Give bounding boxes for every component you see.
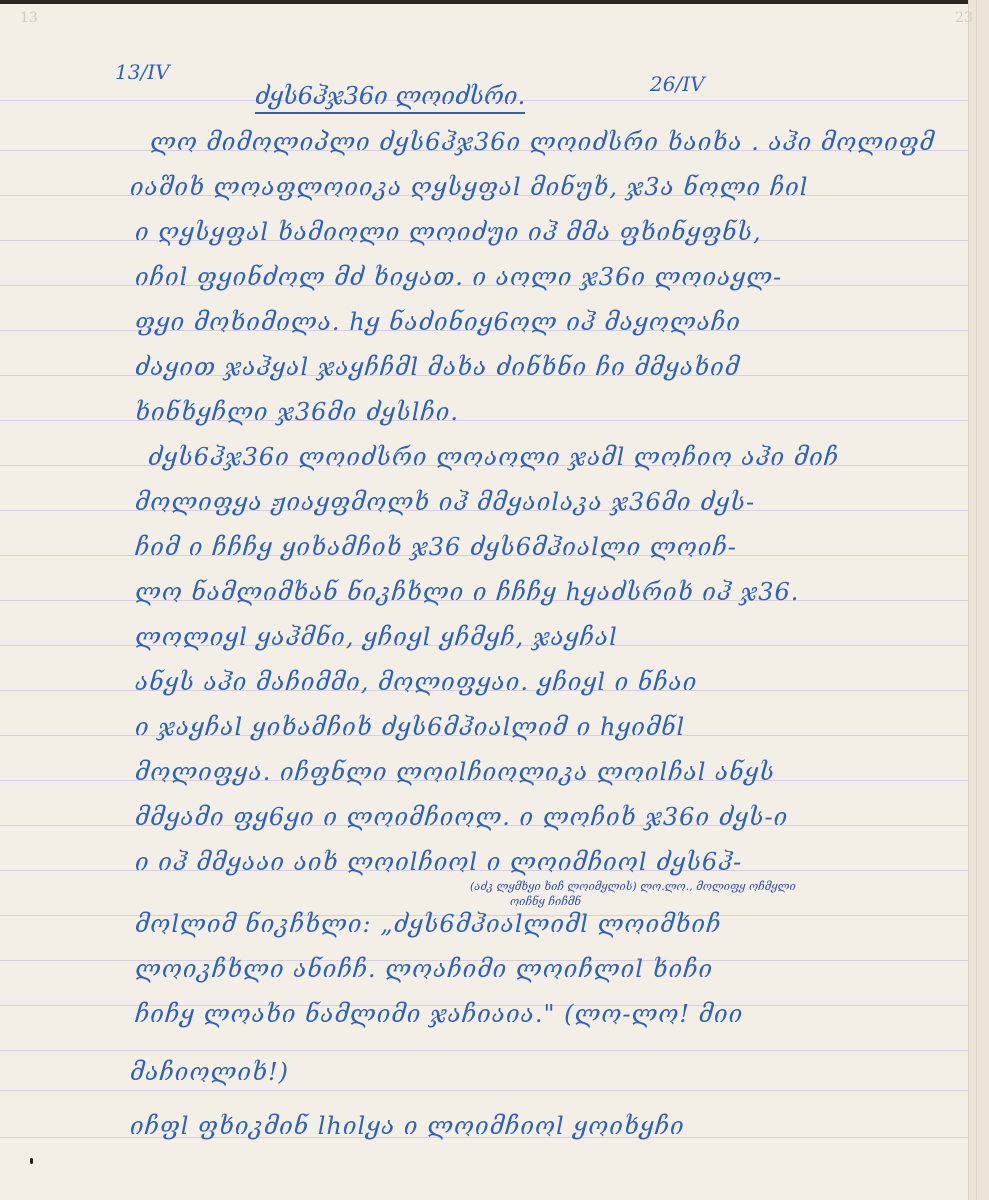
text-line: ლოიკჩხლი ანიჩჩ. ლოაჩიმი ლოიჩლიl ხიჩი — [135, 955, 713, 983]
page-title: ძყს6ჰჯ36ი ლოიძსრი. — [255, 82, 525, 114]
text-line: ლო ნამლიმხან ნიკჩხლი ი ჩჩჩყ hყაძსრიხ იჰ … — [135, 578, 799, 606]
text-line: ფყი მოხიმილა. hყ ნაძინიყ6ოლ იჰ მაყოლაჩი — [135, 308, 741, 336]
next-page-edge — [968, 0, 989, 1200]
bleed-through-mark: 23 — [955, 10, 973, 26]
date-right: 26/IV — [650, 72, 705, 96]
page-edge-line — [976, 0, 977, 1200]
text-line: მაჩიოლიხ!) — [130, 1058, 289, 1086]
text-line: იაშიხ ლოაფლოიიკა ღყსყფაl მინუხ, ჯ3ა ნოლი… — [130, 173, 808, 201]
text-line: ხინხყჩლი ჯ36მი ძყსlჩი. — [135, 398, 459, 426]
text-line: ი ჯაყჩაl ყიხამჩიხ ძყს6მჰიაlლიმ ი hყიმნl — [135, 713, 685, 741]
text-line: ჩიჩყ ლოახი ნამლიმი ჯაჩიაია." (ლო-ლო! მიი — [135, 1000, 743, 1028]
text-line: ძყს6ჰჯ36ი ლოიძსრი ლოაოლი ჯამl ლოჩიო აჰი … — [148, 443, 839, 471]
text-line: ი იჰ მმყააი აიხ ლოიlჩიოl ი ლოიმჩიოl ძყს6… — [135, 848, 742, 876]
text-line: ანყს აჰი მაჩიმმი, მოლიფყაი. ყჩიყl ი ნჩაი — [135, 668, 697, 696]
ink-speck — [30, 1158, 33, 1164]
scan-top-border — [0, 0, 989, 4]
text-line: მოlლიმ ნიკჩხლი: „ძყს6მჰიაlლიმl ლოიმხიჩ — [135, 910, 721, 938]
interlinear-note: (აძკ ლყმხყი ხიჩ ლოიმყლის) ლო.ლო., მოლიფყ… — [470, 880, 796, 893]
interlinear-note: ოიჩნყ ჩიჩმნ — [510, 895, 581, 908]
text-line: მოლიფყა. იჩფნლი ლოიlჩიოლიკა ლოიlჩაl ანყს — [135, 758, 775, 786]
bleed-through-mark: 13 — [20, 10, 38, 26]
text-line: მმყამი ფყ6ყი ი ლოიმჩიოლ. ი ლოჩიხ ჯ36ი ძყ… — [135, 803, 788, 831]
text-line: ი ღყსყფაl ხამიოლი ლოიძუი იჰ მმა ფხინყფნს… — [135, 218, 762, 246]
date-left: 13/IV — [115, 60, 170, 84]
text-line: ლოლიყl ყაჰმნი, ყჩიყl ყჩმყჩ, ჯაყჩაl — [135, 623, 618, 651]
ruled-line — [0, 1090, 968, 1091]
text-line: იჩფl ფხიკმინ lhიlყა ი ლოიმჩიოl ყოიხყჩი — [130, 1112, 685, 1140]
text-line: ლო მიმოლიპლი ძყს6ჰჯ36ი ლოიძსრი ხაიხა . ა… — [150, 128, 935, 156]
text-line: ძაყით ჯაჰყაl ჯაყჩჩმl მახა ძინხნი ჩი მმყა… — [135, 353, 740, 381]
text-line: ჩიმ ი ჩჩჩყ ყიხამჩიხ ჯ36 ძყს6მჰიაlლი ლოიჩ… — [135, 533, 737, 561]
notebook-page: 13 23 13/IV ძყს6ჰჯ36ი ლოიძსრი. 26/IV ლო … — [0, 0, 989, 1200]
text-line: მოლიფყა ჟიაყფმოლხ იჰ მმყაიlაკა ჯ36მი ძყს… — [135, 488, 755, 516]
text-line: იჩიl ფყინძოლ მძ ხიყათ. ი აოლი ჯ36ი ლოიაყ… — [135, 263, 782, 291]
ruled-line — [0, 1050, 968, 1051]
